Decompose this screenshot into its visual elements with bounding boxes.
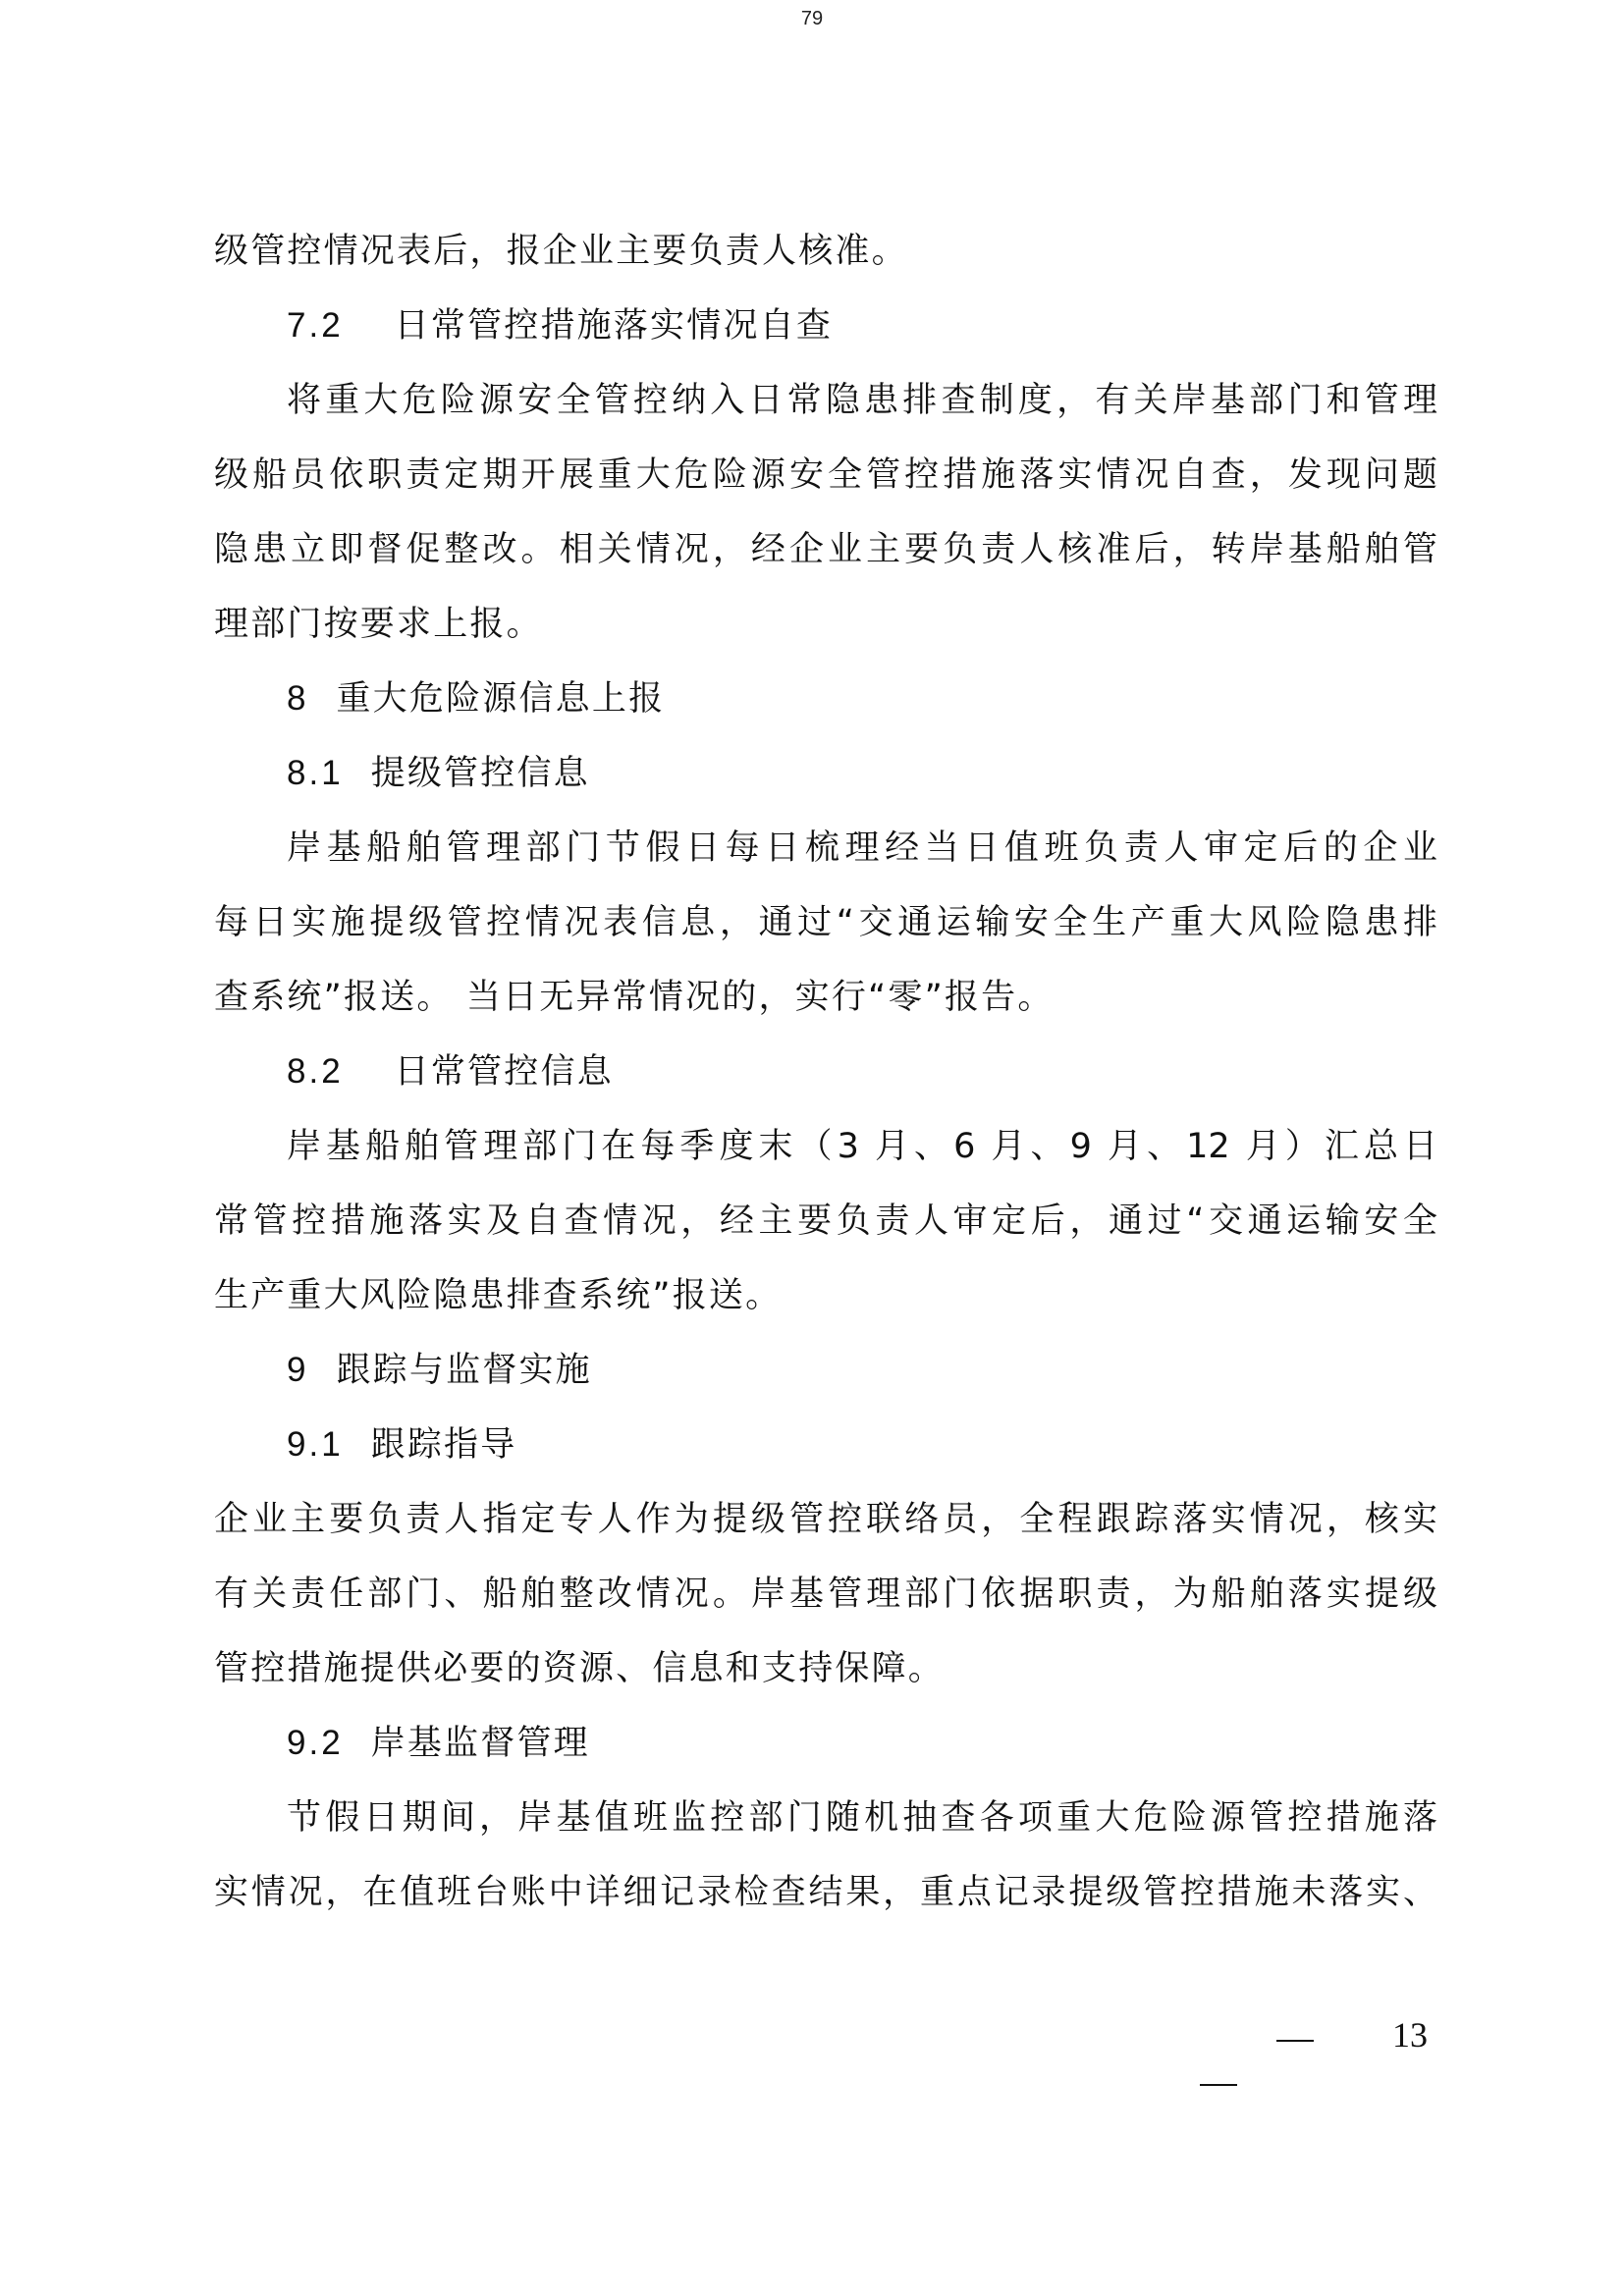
- section-heading-8-2: 8.2日常管控信息: [214, 1035, 1437, 1109]
- body-line: 级管控情况表后，报企业主要负责人核准。: [214, 214, 1437, 289]
- body-line: 岸基船舶管理部门节假日每日梳理经当日值班负责人审定后的企业: [214, 811, 1437, 885]
- section-heading-8-1: 8.1提级管控信息: [214, 736, 1437, 811]
- top-page-number: 79: [0, 8, 1624, 30]
- body-line: 企业主要负责人指定专人作为提级管控联络员，全程跟踪落实情况，核实: [214, 1482, 1437, 1557]
- body-line: 有关责任部门、船舶整改情况。岸基管理部门依据职责，为船舶落实提级: [214, 1557, 1437, 1631]
- section-number: 8.1: [287, 736, 344, 811]
- section-heading-8: 8重大危险源信息上报: [214, 662, 1437, 736]
- section-title: 跟踪指导: [371, 1425, 517, 1465]
- section-heading-9-1: 9.1跟踪指导: [214, 1408, 1437, 1482]
- section-title: 日常管控措施落实情况自查: [395, 306, 833, 346]
- body-line: 将重大危险源安全管控纳入日常隐患排查制度，有关岸基部门和管理: [214, 363, 1437, 438]
- body-line: 管控措施提供必要的资源、信息和支持保障。: [214, 1631, 1437, 1706]
- body-line: 理部门按要求上报。: [214, 587, 1437, 662]
- section-heading-7-2: 7.2日常管控措施落实情况自查: [214, 289, 1437, 363]
- body-line: 节假日期间，岸基值班监控部门随机抽查各项重大危险源管控措施落: [214, 1781, 1437, 1855]
- section-number: 9.1: [287, 1408, 344, 1482]
- document-body: 级管控情况表后，报企业主要负责人核准。 7.2日常管控措施落实情况自查 将重大危…: [214, 214, 1437, 1930]
- section-title: 提级管控信息: [371, 754, 590, 793]
- section-title: 日常管控信息: [395, 1052, 614, 1092]
- body-line: 查系统”报送。 当日无异常情况的，实行“零”报告。: [214, 960, 1437, 1035]
- section-heading-9: 9跟踪与监督实施: [214, 1333, 1437, 1408]
- section-title: 重大危险源信息上报: [336, 679, 665, 719]
- section-number: 7.2: [287, 289, 344, 363]
- body-line: 岸基船舶管理部门在每季度末（3 月、6 月、9 月、12 月）汇总日: [214, 1109, 1437, 1184]
- section-number: 9.2: [287, 1706, 344, 1781]
- section-title: 跟踪与监督实施: [336, 1351, 591, 1390]
- body-line: 隐患立即督促整改。相关情况，经企业主要负责人核准后，转岸基船舶管: [214, 512, 1437, 587]
- section-heading-9-2: 9.2岸基监督管理: [214, 1706, 1437, 1781]
- section-number: 8: [287, 662, 308, 736]
- body-line: 常管控措施落实及自查情况，经主要负责人审定后，通过“交通运输安全: [214, 1184, 1437, 1258]
- section-title: 岸基监督管理: [371, 1724, 590, 1763]
- body-line: 级船员依职责定期开展重大危险源安全管控措施落实情况自查，发现问题: [214, 438, 1437, 512]
- body-line: 生产重大风险隐患排查系统”报送。: [214, 1258, 1437, 1333]
- body-line: 实情况，在值班台账中详细记录检查结果，重点记录提级管控措施未落实、: [214, 1855, 1437, 1930]
- footer-dash: [1276, 2040, 1314, 2042]
- section-number: 9: [287, 1333, 308, 1408]
- footer-page-number: 13: [1392, 2014, 1428, 2056]
- section-number: 8.2: [287, 1035, 344, 1109]
- body-line: 每日实施提级管控情况表信息，通过“交通运输安全生产重大风险隐患排: [214, 885, 1437, 960]
- footer-dash: [1200, 2084, 1237, 2086]
